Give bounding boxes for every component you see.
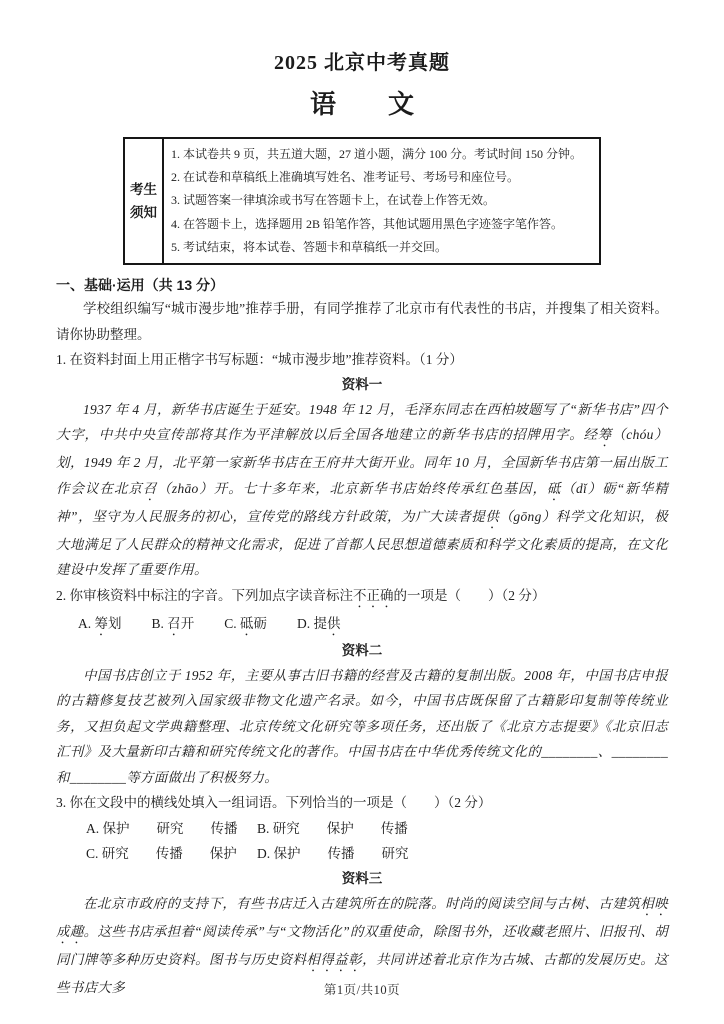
- question-3-options-row-2: C. 研究 传播 保护 D. 保护 传播 研究: [56, 841, 668, 867]
- question-2-option-c: C. 砥砺: [224, 611, 267, 639]
- notice-item-5: 5. 考试结束，将本试卷、答题卡和草稿纸一并交回。: [171, 236, 595, 259]
- notice-item-list: 1. 本试卷共 9 页，共五道大题，27 道小题，满分 100 分。考试时间 1…: [164, 139, 599, 263]
- page-number-indicator: 第1页/共10页: [0, 980, 724, 998]
- page-content: 2025 北京中考真题 语 文 考生 须知 1. 本试卷共 9 页，共五道大题，…: [0, 0, 724, 1000]
- emphasis-dotted-text: 召: [143, 481, 158, 496]
- section-1-heading: 一、基础·运用（共 13 分）: [56, 274, 668, 296]
- material-1-text: 1937 年 4 月，新华书店诞生于延安。1948 年 12 月，毛泽东同志在西…: [56, 397, 668, 583]
- material-1-heading: 资料一: [56, 373, 668, 397]
- exam-paper-page: 2025 北京中考真题 语 文 考生 须知 1. 本试卷共 9 页，共五道大题，…: [0, 0, 724, 1024]
- emphasis-dotted-text: 砥: [240, 616, 254, 631]
- text-segment: A.: [78, 616, 95, 631]
- question-3-stem: 3. 你在文段中的横线处填入一组词语。下列恰当的一项是（ ）（2 分）: [56, 790, 668, 816]
- question-3-option-b: B. 研究 保护 传播: [257, 816, 408, 842]
- notice-item-3: 3. 试题答案一律填涂或书写在答题卡上，在试卷上作答无效。: [171, 189, 595, 212]
- emphasis-dotted-text: 不正确: [353, 588, 394, 603]
- question-2-option-b: B. 召开: [152, 611, 195, 639]
- candidate-notice-box: 考生 须知 1. 本试卷共 9 页，共五道大题，27 道小题，满分 100 分。…: [123, 137, 601, 265]
- question-1: 1. 在资料封面上用正楷字书写标题：“城市漫步地”推荐资料。（1 分）: [56, 347, 668, 373]
- text-segment: 2. 你审核资料中标注的字音。下列加点字读音标注: [56, 588, 353, 603]
- notice-label-line1: 考生: [130, 178, 157, 201]
- section-1-intro: 学校组织编写“城市漫步地”推荐手册，有同学推荐了北京市有代表性的书店，并搜集了相…: [56, 296, 668, 347]
- notice-label: 考生 须知: [125, 139, 164, 263]
- question-3-option-d: D. 保护 传播 研究: [257, 841, 409, 867]
- question-2-option-a: A. 筹划: [78, 611, 122, 639]
- text-segment: 的一项是（ ）（2 分）: [394, 588, 546, 603]
- text-segment: 1937 年 4 月，新华书店诞生于延安。1948 年 12 月，毛泽东同志在西…: [56, 402, 668, 443]
- text-segment: 开: [181, 616, 195, 631]
- text-segment: D. 提: [297, 616, 327, 631]
- emphasis-dotted-text: 砥: [547, 481, 562, 496]
- emphasis-dotted-text: 供: [327, 616, 341, 631]
- text-segment: （zhāo）开。七十多年来，北京新华书店始终传承红色基因，: [157, 481, 547, 496]
- question-3-options: A. 保护 研究 传播 B. 研究 保护 传播 C. 研究 传播 保护 D. 保…: [56, 816, 668, 867]
- notice-item-1: 1. 本试卷共 9 页，共五道大题，27 道小题，满分 100 分。考试时间 1…: [171, 143, 595, 166]
- emphasis-dotted-text: 召: [167, 616, 181, 631]
- emphasis-dotted-text: 相得益彰: [306, 952, 362, 967]
- text-segment: B.: [152, 616, 168, 631]
- emphasis-dotted-text: 供: [485, 509, 499, 524]
- emphasis-dotted-text: 筹: [598, 427, 612, 442]
- notice-item-4: 4. 在答题卡上，选择题用 2B 铅笔作答，其他试题用黑色字迹签字笔作答。: [171, 213, 595, 236]
- text-segment: 砺: [254, 616, 268, 631]
- question-3-option-a: A. 保护 研究 传播: [86, 816, 257, 842]
- material-2-heading: 资料二: [56, 639, 668, 663]
- question-2-option-d: D. 提供: [297, 611, 341, 639]
- text-segment: 划: [108, 616, 122, 631]
- notice-label-line2: 须知: [130, 201, 157, 224]
- emphasis-dotted-text: 筹: [95, 616, 109, 631]
- page-title: 2025 北京中考真题: [56, 50, 668, 76]
- question-3-option-c: C. 研究 传播 保护: [86, 841, 257, 867]
- material-2-text: 中国书店创立于 1952 年，主要从事古旧书籍的经营及古籍的复制出版。2008 …: [56, 663, 668, 791]
- notice-item-2: 2. 在试卷和草稿纸上准确填写姓名、准考证号、考场号和座位号。: [171, 166, 595, 189]
- text-segment: C.: [224, 616, 240, 631]
- material-3-heading: 资料三: [56, 867, 668, 891]
- question-3-options-row-1: A. 保护 研究 传播 B. 研究 保护 传播: [56, 816, 668, 842]
- text-segment: 在北京市政府的支持下，有些书店迁入古建筑所在的院落。时尚的阅读空间与古树、古建筑: [83, 896, 640, 911]
- question-2-options: A. 筹划 B. 召开 C. 砥砺 D. 提供: [56, 611, 668, 639]
- question-2-stem: 2. 你审核资料中标注的字音。下列加点字读音标注不正确的一项是（ ）（2 分）: [56, 583, 668, 611]
- subject-title: 语 文: [56, 88, 668, 122]
